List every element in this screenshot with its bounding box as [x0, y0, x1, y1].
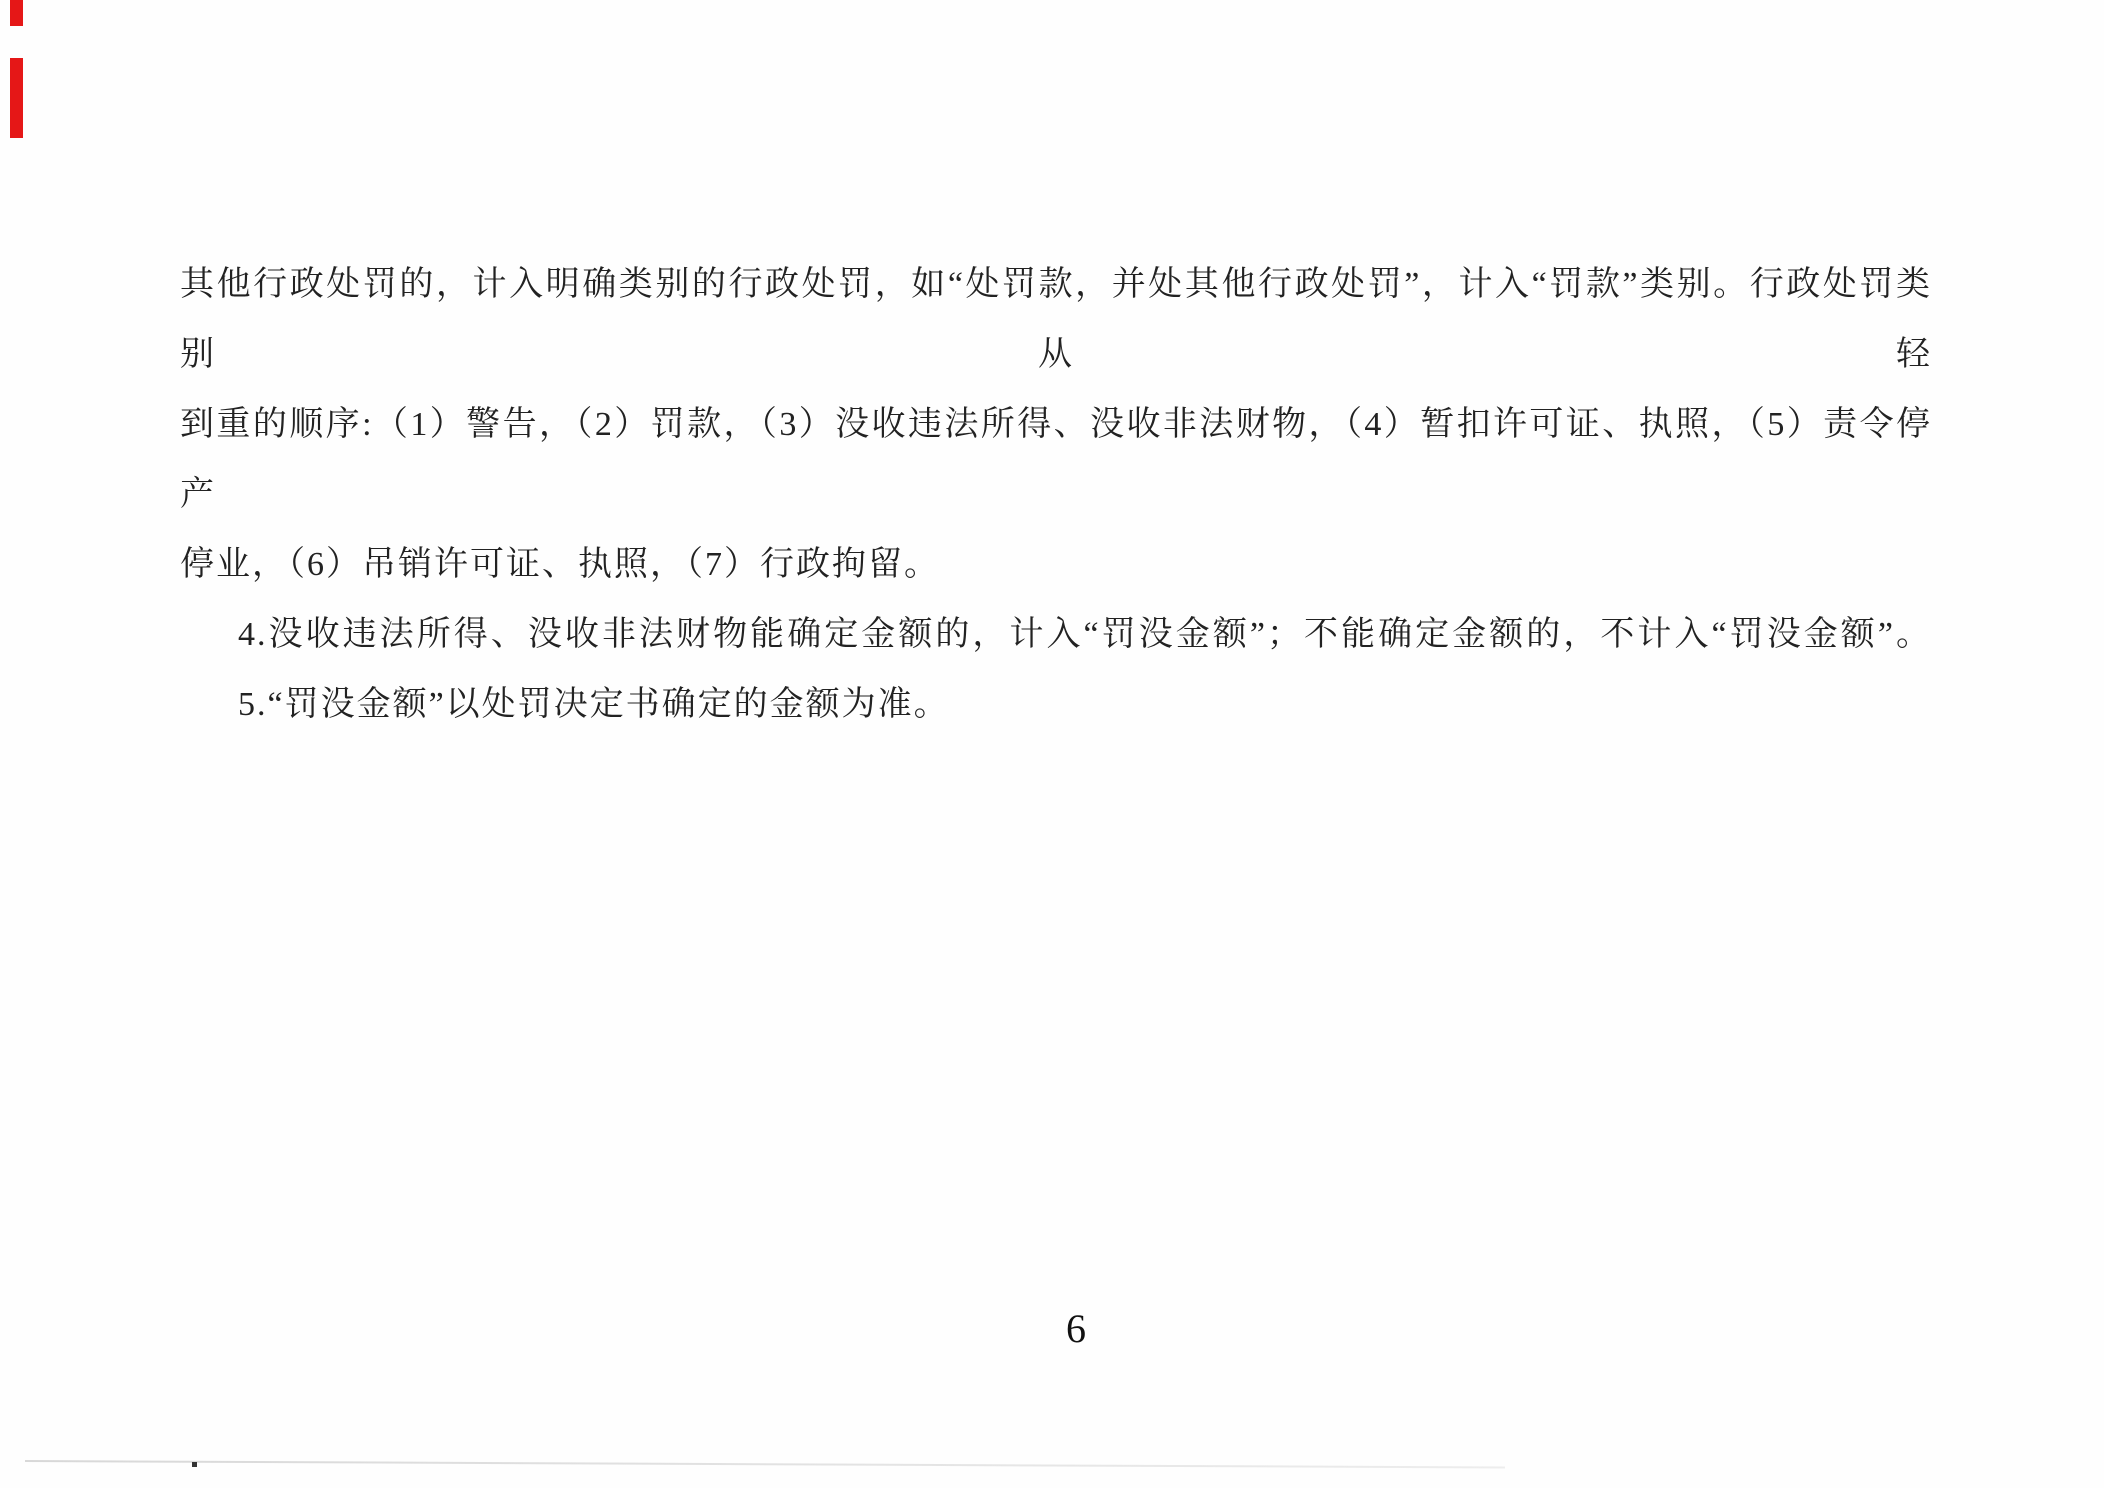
text-line-item-5: 5.“罚没金额”以处罚决定书确定的金额为准。 — [180, 670, 1932, 740]
document-body-text: 其他行政处罚的，计入明确类别的行政处罚，如“处罚款，并处其他行政处罚”，计入“罚… — [180, 250, 1932, 740]
scan-red-edge-mark — [10, 58, 23, 138]
scan-red-edge-mark — [10, 0, 23, 26]
scan-dot-artifact — [192, 1462, 197, 1467]
page-number: 6 — [0, 1305, 2104, 1352]
text-line: 到重的顺序:（1）警告，（2）罚款，（3）没收违法所得、没收非法财物，（4）暂扣… — [180, 390, 1932, 530]
scanned-document-page: 其他行政处罚的，计入明确类别的行政处罚，如“处罚款，并处其他行政处罚”，计入“罚… — [0, 0, 2104, 1488]
scan-line-artifact — [25, 1460, 1505, 1468]
text-line-item-4: 4.没收违法所得、没收非法财物能确定金额的，计入“罚没金额”；不能确定金额的，不… — [180, 600, 1932, 670]
text-line: 停业，（6）吊销许可证、执照，（7）行政拘留。 — [180, 530, 1932, 600]
text-line: 其他行政处罚的，计入明确类别的行政处罚，如“处罚款，并处其他行政处罚”，计入“罚… — [180, 250, 1932, 390]
